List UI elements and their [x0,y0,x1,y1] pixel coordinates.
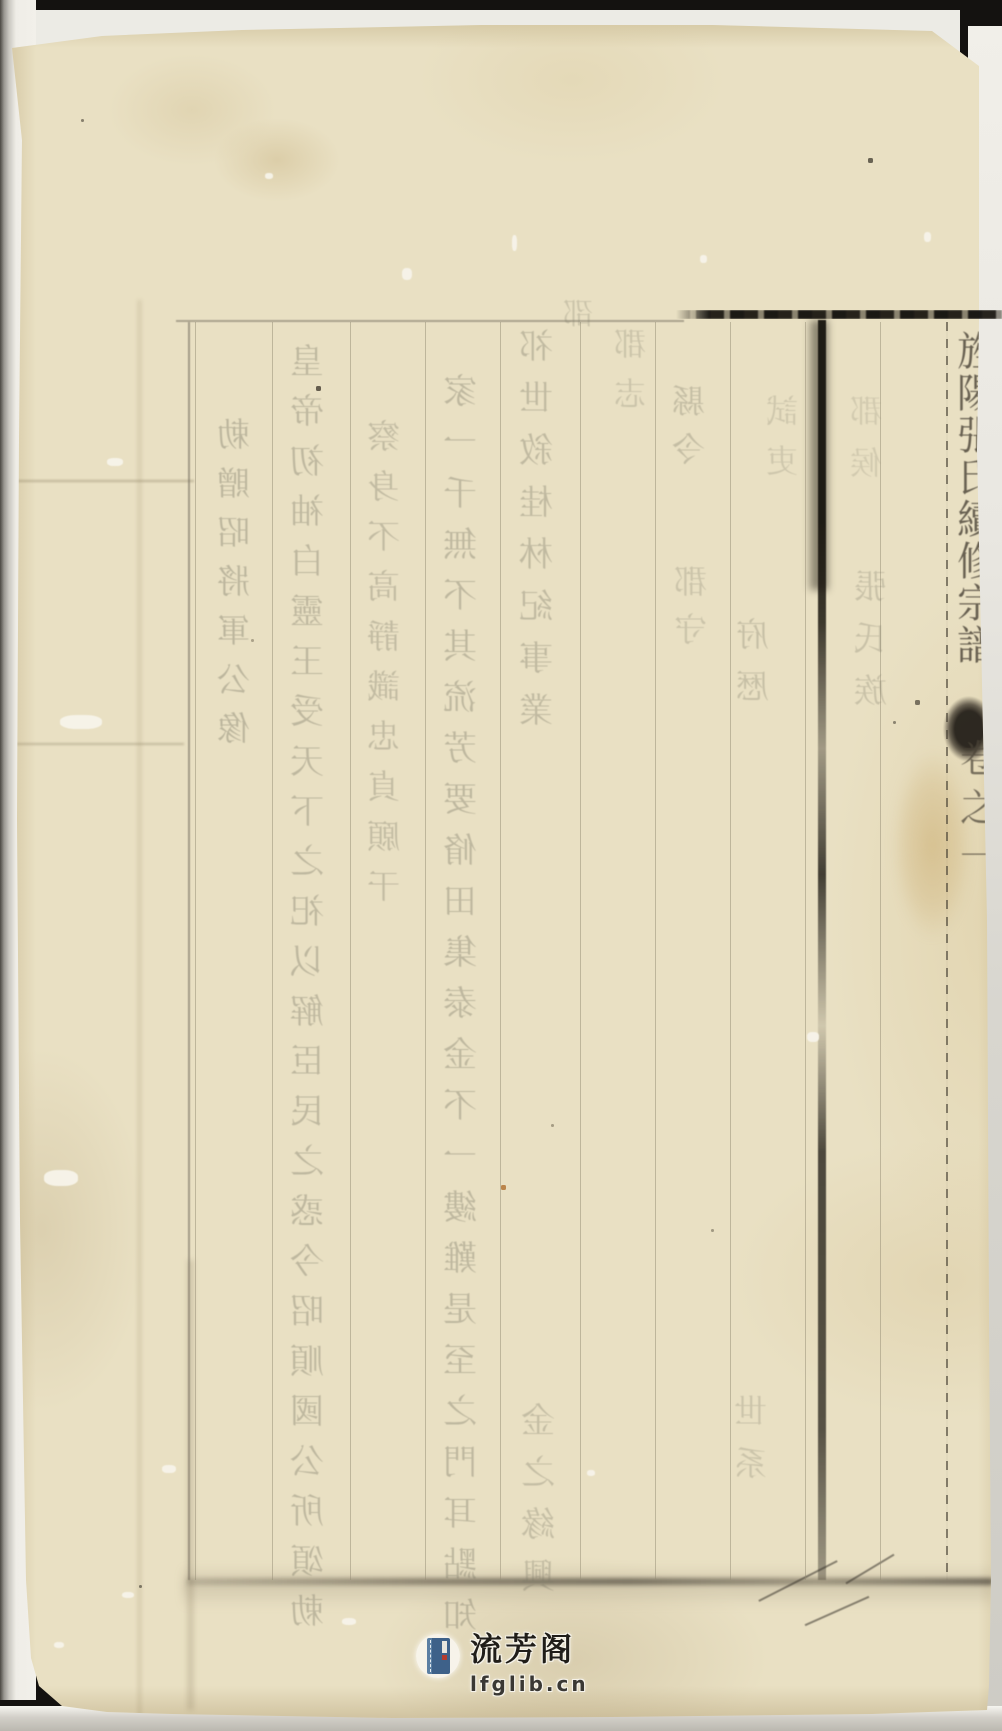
paper-chip [402,268,412,280]
paper-chip [265,173,273,179]
bleed-text-column-5: 祁世敘桂林紀事業 [519,330,553,746]
horizontal-crease [12,480,194,482]
paper-chip [924,232,931,242]
watermark-text-block: 流芳阁 lfglib.cn [470,1624,589,1696]
bleed-text-column-13: 張氏族 [854,570,887,726]
bleed-text-column-1: 勅贈昭將軍公像 [217,418,250,761]
paper-chip [107,458,123,466]
bleed-text-column-6: 金之緣興 [521,1404,555,1612]
paper-chip [162,1465,176,1473]
paper-chip [700,255,707,263]
bleed-text-column-7: 郡志 [614,328,646,428]
book-title-label [442,1641,447,1653]
column-ruling-line [500,322,501,1580]
column-ruling-line [655,322,656,1580]
column-ruling-line [425,322,426,1580]
bleed-text-column-3: 察身不高靜識忠貞願干 [367,420,400,920]
scanned-genealogy-page: 旌陽張氏續修宗譜卷之一勅贈昭將軍公像皇帝初袖白靈王受天下之祀以解臣民之惑今昭順國… [0,0,1002,1731]
column-ruling-line [272,322,273,1580]
bleed-text-column-2: 皇帝初袖白靈王受天下之祀以解臣民之惑今昭順國公所頌勅 [290,345,324,1645]
column-ruling-line [350,322,351,1580]
paper-chip [587,1470,595,1476]
fold-ink-line [818,320,826,1580]
bleed-text-column-11: 世系 [734,1395,767,1499]
column-ruling-line [805,322,806,1580]
paper-chip [54,1642,64,1648]
book-stitching [430,1640,431,1672]
watermark-badge-circle [416,1634,460,1678]
bleed-text-column-4: 家一千無不其流芳要脩田集泰金不一縷難是至之門耳點知 [443,375,477,1650]
column-ruling-line [580,322,581,1580]
column-ruling-line [880,322,881,1580]
heavy-top-border-line [676,310,1002,319]
frame-top-line [176,320,684,322]
watermark-site-url: lfglib.cn [470,1672,589,1696]
book-red-seal [442,1655,447,1660]
bleed-text-column-8: 縣令 [672,385,705,481]
paper-sheet: 旌陽張氏續修宗譜卷之一勅贈昭將軍公像皇帝初袖白靈王受天下之祀以解臣民之惑今昭順國… [12,20,1000,1718]
paper-chip [512,235,517,251]
stitched-book-icon [427,1638,450,1674]
watermark-site-name: 流芳阁 [470,1624,589,1670]
watermark: 流芳阁 lfglib.cn [414,1630,614,1700]
horizontal-crease [12,743,184,745]
bleed-text-column-9: 郡守 [674,565,707,661]
paper-chip [60,715,102,729]
paper-chip [44,1170,78,1186]
bleed-text-column-14: 郡候 [850,395,882,499]
bleed-text-column-10: 府厯 [736,618,769,722]
dashed-ruling-line [946,322,948,1580]
paper-chip [122,1592,134,1598]
paper-chip [807,1032,819,1042]
column-ruling-line [195,322,196,1580]
vertical-crease [138,300,141,1720]
column-ruling-line [730,322,731,1580]
bleed-text-column-15: 邵 [563,300,593,344]
paper-chip [342,1618,356,1625]
bleed-text-column-12: 試吏 [766,395,798,495]
frame-left-line [188,322,190,1580]
